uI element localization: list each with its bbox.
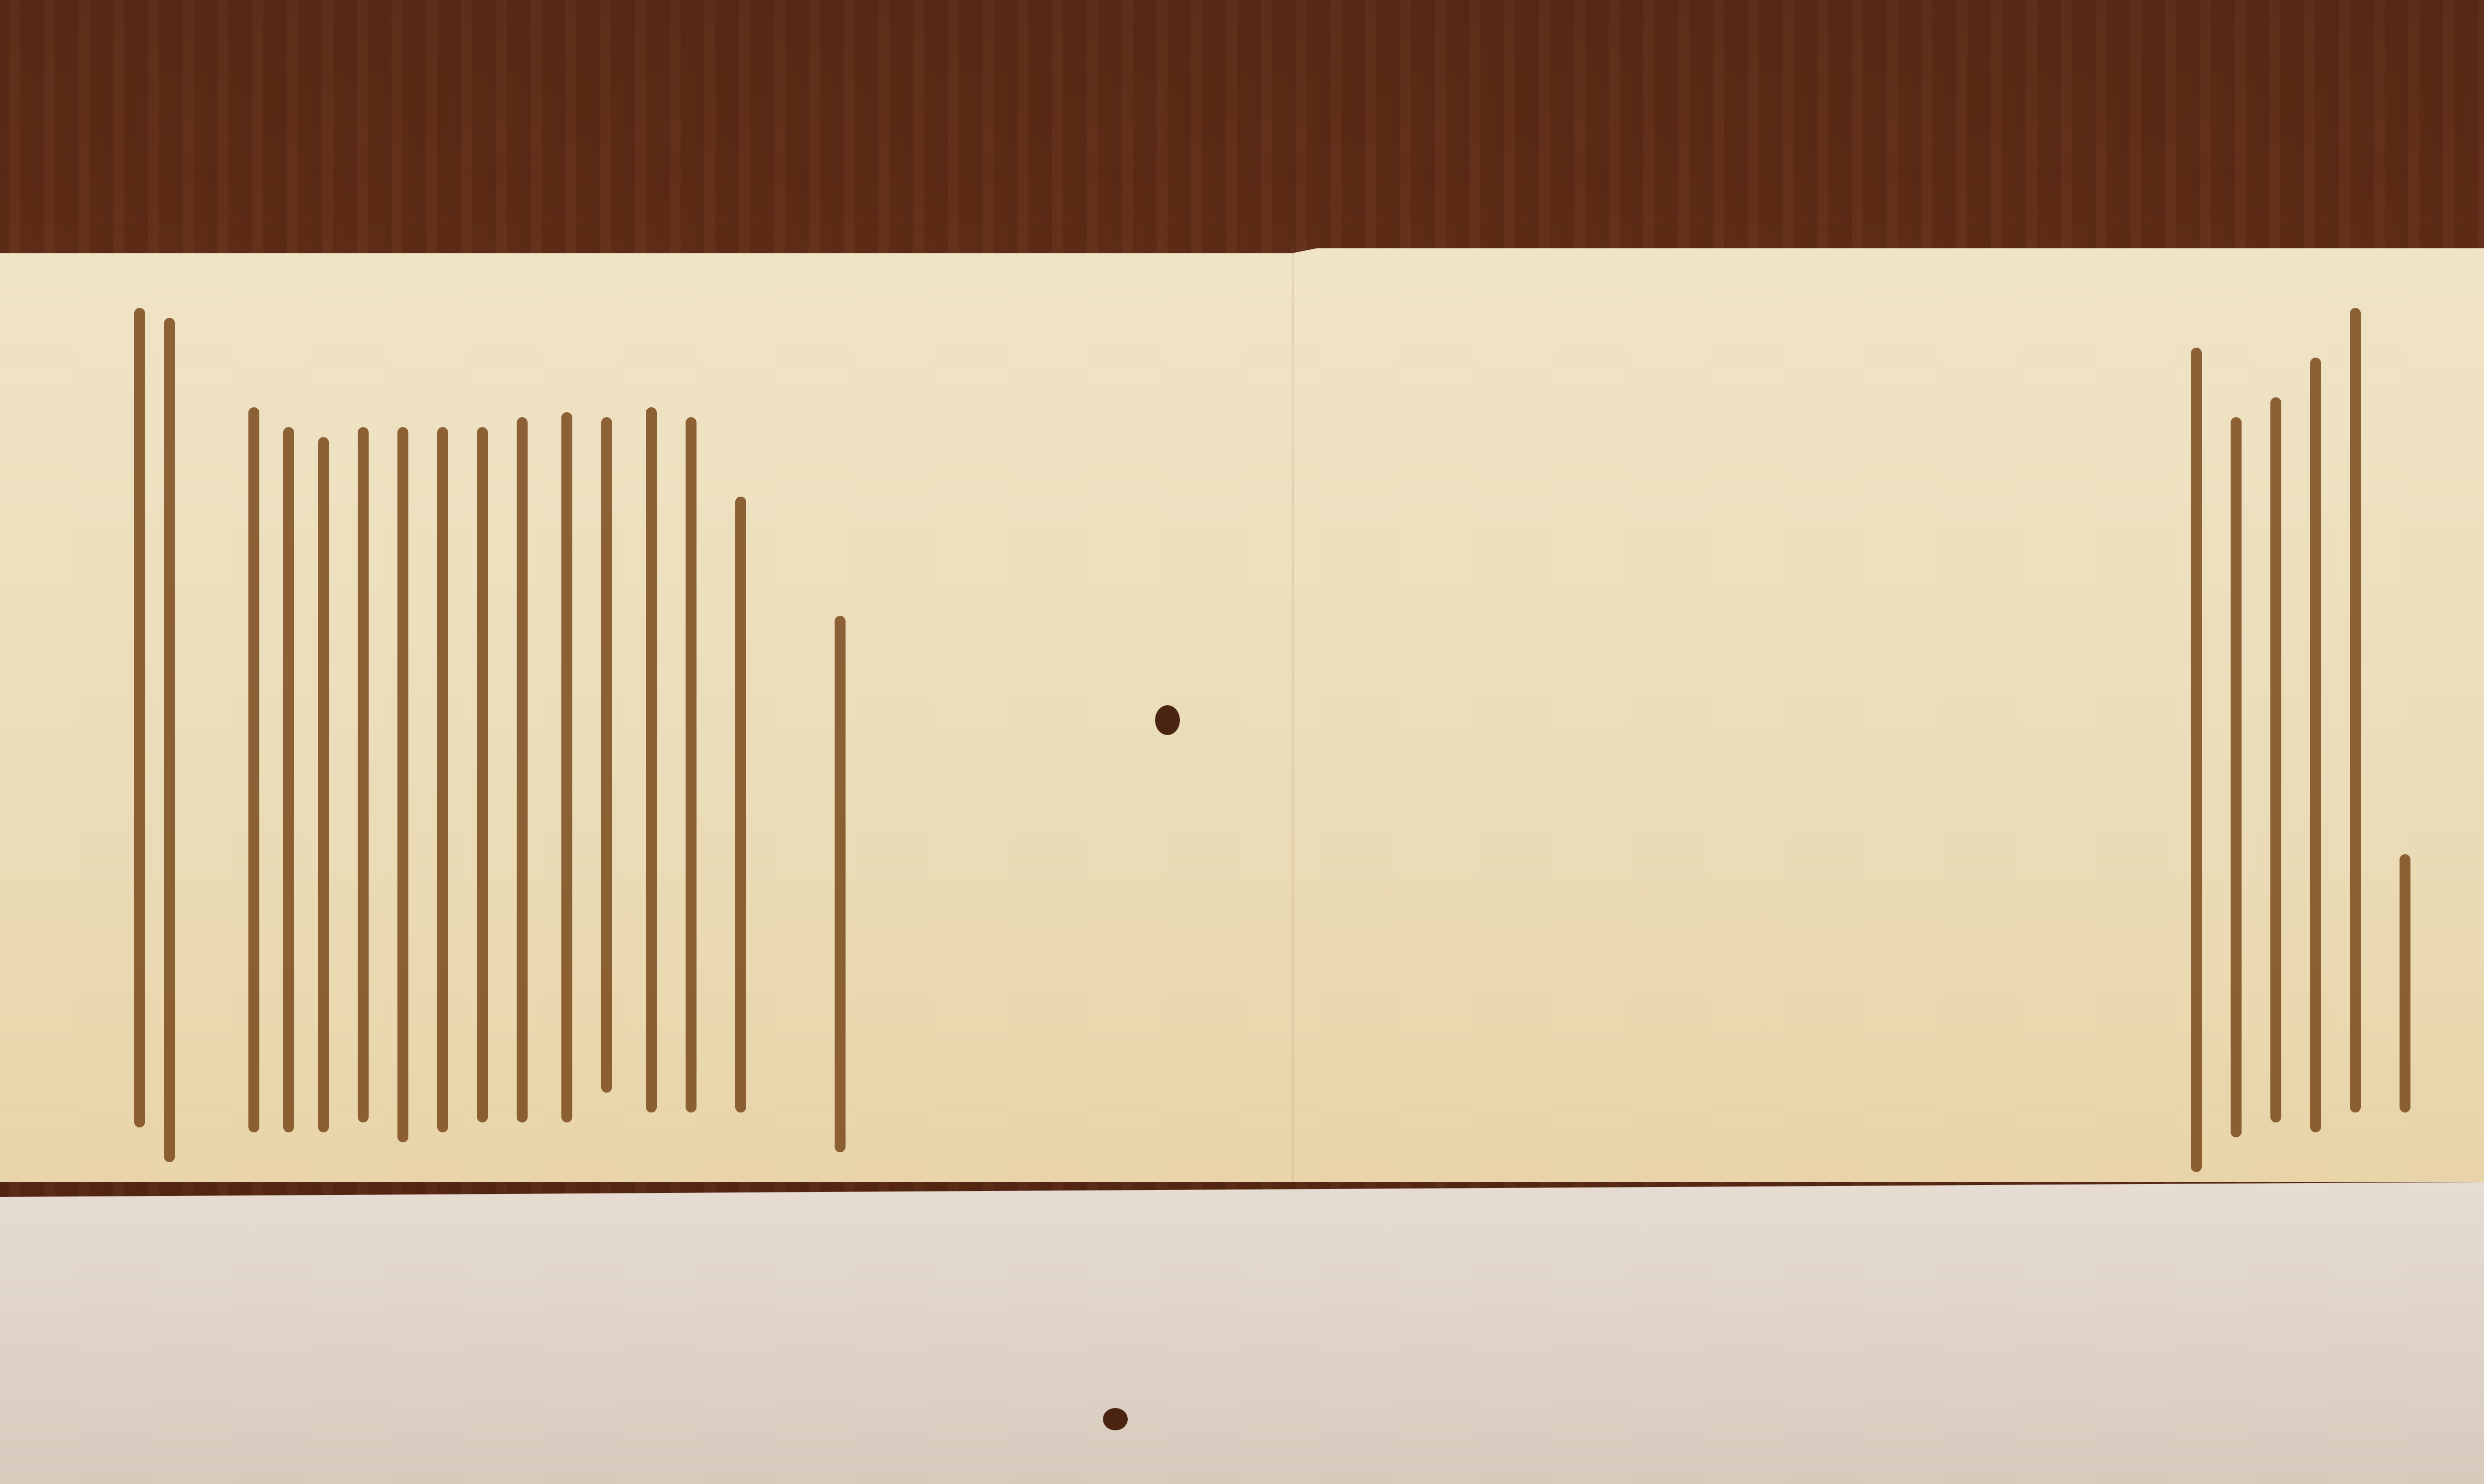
- manuscript-sheet: [0, 248, 2484, 1182]
- underlying-page: [0, 1182, 2484, 1484]
- sheet-fold-line: [1292, 248, 1294, 1182]
- wormhole: [1103, 1408, 1128, 1430]
- wormhole: [1155, 705, 1180, 735]
